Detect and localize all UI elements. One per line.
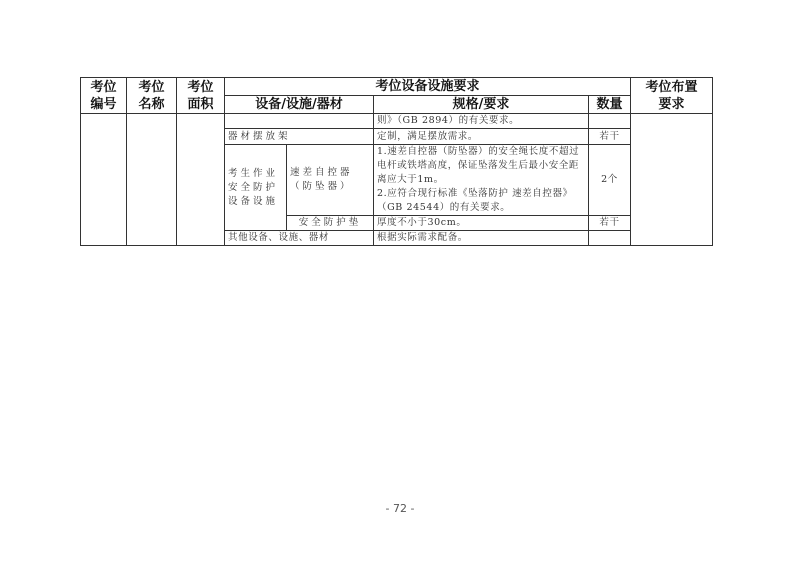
cell-layout (631, 114, 713, 246)
header-equipment: 设备/设施/器材 (225, 96, 374, 114)
cell-quantity (589, 114, 631, 129)
cell-spec: 定制，满足摆放需求。 (374, 129, 589, 145)
header-station-name: 考位名称 (127, 78, 177, 114)
cell-station-name (127, 114, 177, 246)
cell-spec: 则》（GB 2894）的有关要求。 (374, 114, 589, 129)
cell-station-no (81, 114, 127, 246)
cell-equipment (225, 114, 374, 129)
cell-spec: 厚度不小于30cm。 (374, 216, 589, 231)
cell-station-area (177, 114, 225, 246)
cell-equipment: 其他设备、设施、器材 (225, 231, 374, 246)
cell-quantity: 若干 (589, 129, 631, 145)
header-equipment-requirements: 考位设备设施要求 (225, 78, 631, 96)
cell-group: 考生作业安全防护设备设施 (225, 145, 287, 231)
header-spec: 规格/要求 (374, 96, 589, 114)
cell-spec: 根据实际需求配备。 (374, 231, 589, 246)
table-row: 则》（GB 2894）的有关要求。 (81, 114, 713, 129)
requirements-table: 考位编号 考位名称 考位面积 考位设备设施要求 考位布置要求 设备/设施/器材 … (80, 77, 713, 246)
cell-equipment: 器材摆放架 (225, 129, 374, 145)
cell-item: 安全防护垫 (287, 216, 374, 231)
cell-quantity (589, 231, 631, 246)
header-station-area: 考位面积 (177, 78, 225, 114)
header-quantity: 数量 (589, 96, 631, 114)
page-number: - 72 - (0, 502, 800, 515)
cell-quantity: 若干 (589, 216, 631, 231)
cell-quantity: 2个 (589, 145, 631, 216)
header-layout-requirements: 考位布置要求 (631, 78, 713, 114)
header-station-no: 考位编号 (81, 78, 127, 114)
cell-item: 速差自控器（防坠器） (287, 145, 374, 216)
cell-spec: 1.速差自控器（防坠器）的安全绳长度不超过电杆或铁塔高度，保证坠落发生后最小安全… (374, 145, 589, 216)
